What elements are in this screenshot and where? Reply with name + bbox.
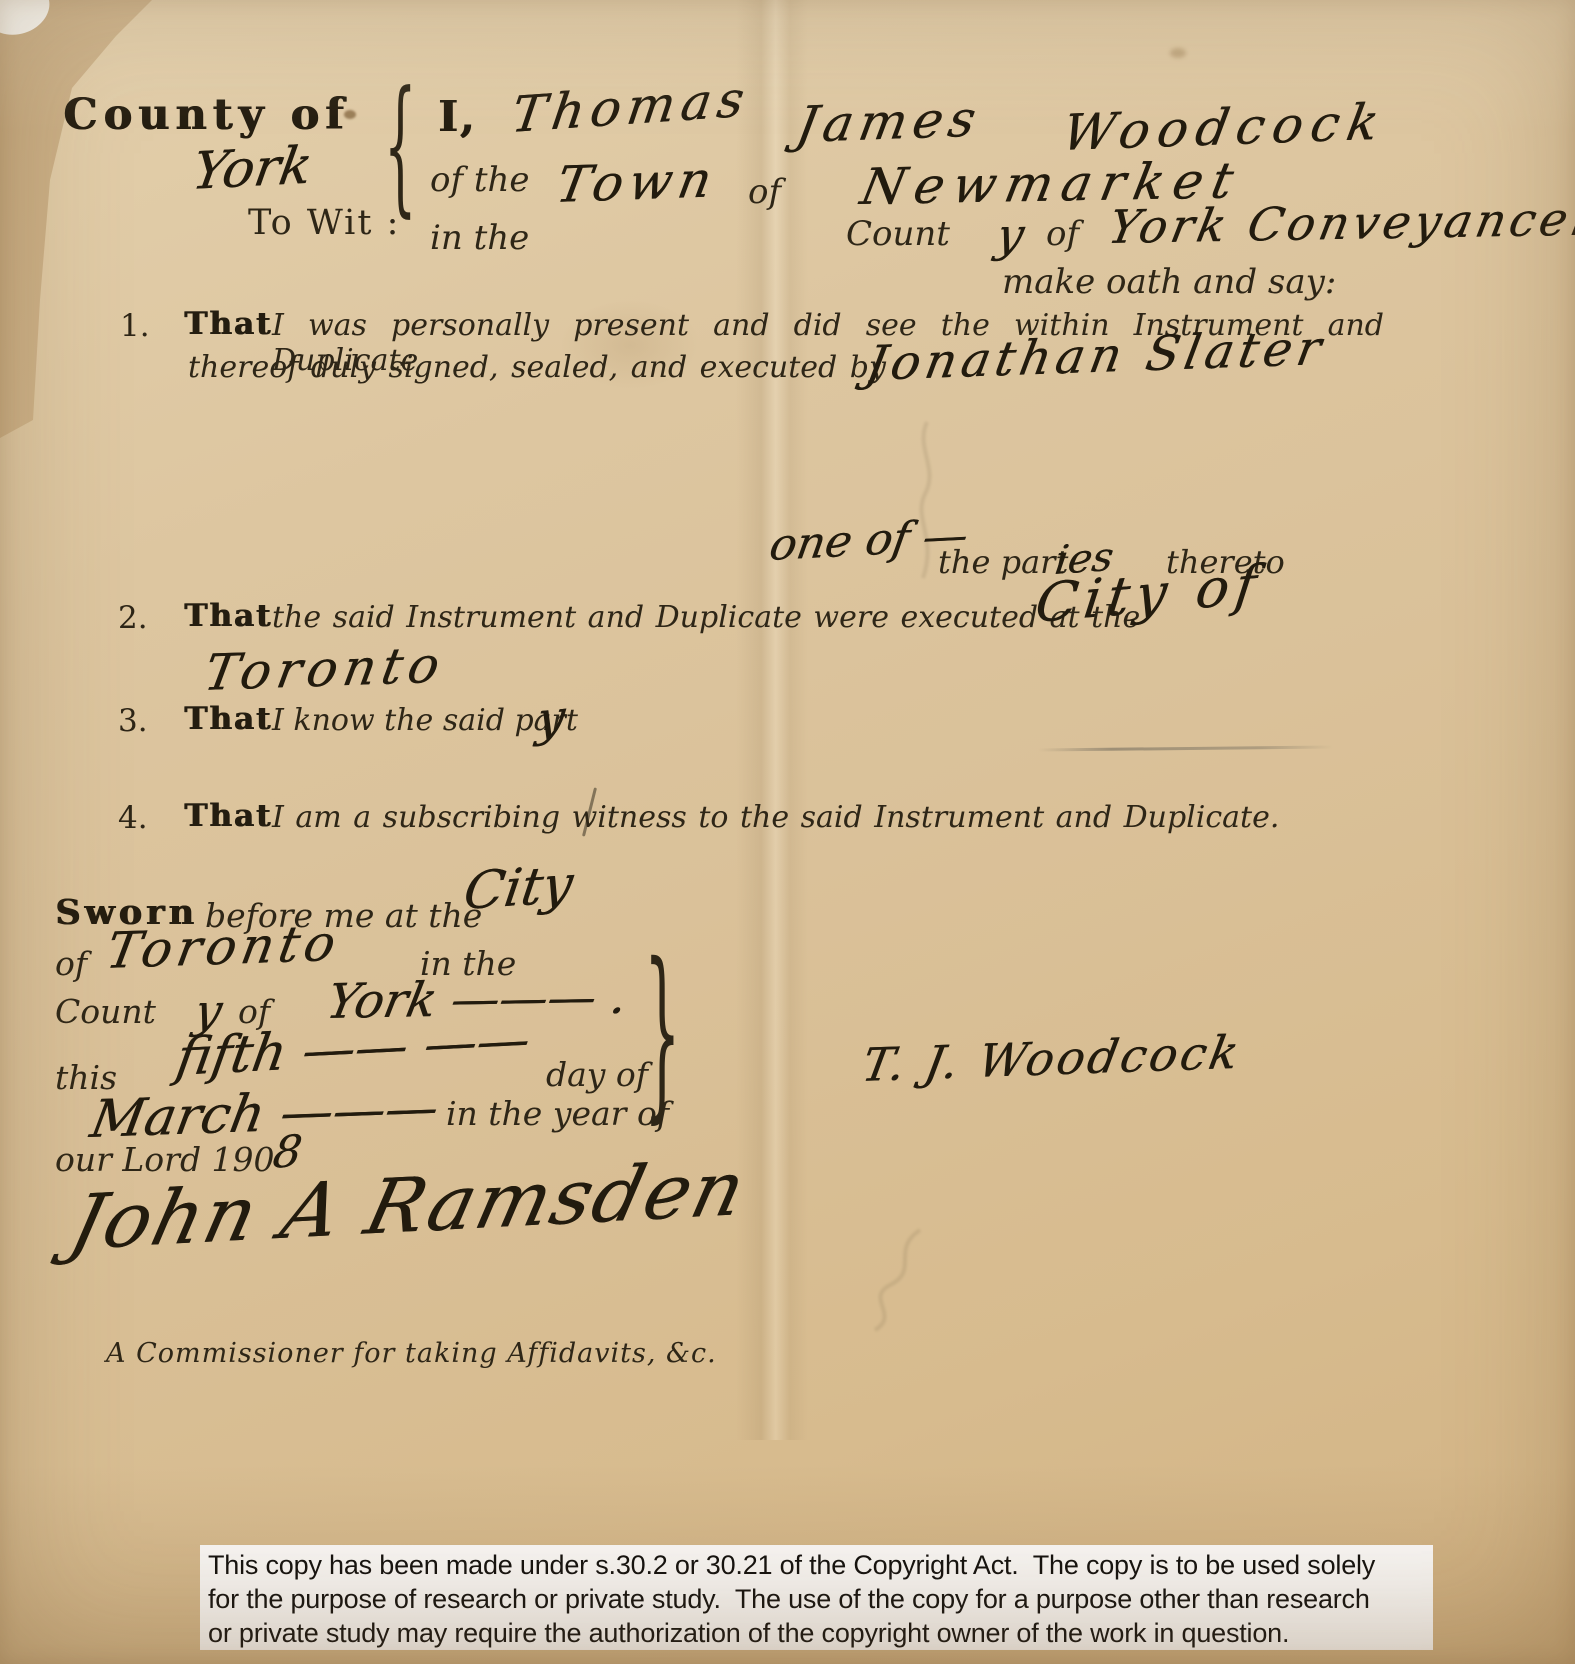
item-4-text-line-1: I am a subscribing witness to the said I…	[272, 800, 1279, 835]
pencil-mark	[1038, 745, 1333, 751]
county-printed-label: Count	[846, 214, 950, 254]
center-fold-crease	[736, 0, 808, 1440]
item-2-text-line-1: the said Instrument and Duplicate were e…	[272, 600, 1140, 635]
in-the-label: in the	[430, 218, 529, 258]
sworn-place-type-handwritten: City	[460, 855, 577, 922]
item-1-that: That	[184, 306, 272, 342]
item-3-that: That	[184, 701, 272, 737]
of-the-label: of the	[430, 160, 530, 200]
item-4-that: That	[184, 798, 272, 834]
of-label-2: of	[1046, 214, 1079, 254]
bleed-through-mark	[850, 1225, 940, 1335]
deponent-first-name: Thomas	[508, 70, 754, 144]
item-4-number: 4.	[118, 800, 148, 836]
to-wit-label: To Wit :	[248, 203, 400, 243]
item-1-number: 1.	[120, 308, 150, 344]
day-of-label: day of	[546, 1055, 648, 1094]
torn-corner-dark	[0, 0, 160, 440]
item-3-number: 3.	[118, 703, 148, 739]
item-2-that: That	[184, 598, 272, 634]
item-2-place2-handwritten: Toronto	[200, 636, 450, 702]
copyright-notice-box: This copy has been made under s.30.2 or …	[200, 1545, 1433, 1650]
oath-phrase: make oath and say:	[1002, 262, 1336, 302]
item-2-number: 2.	[118, 600, 148, 636]
sworn-county-printed: Count	[55, 992, 156, 1031]
county-value-handwritten: York	[188, 136, 316, 202]
year-phrase-label: in the year of	[446, 1094, 669, 1133]
affidavit-scan-page: County of York To Wit : { I, of the in t…	[0, 0, 1575, 1664]
day-value-handwritten: fifth —— ——	[172, 1010, 534, 1088]
item-3-part-suffix-handwritten: y	[534, 689, 568, 748]
item-1-text-line-2: thereof duly signed, sealed, and execute…	[188, 350, 886, 385]
left-brace: {	[384, 74, 417, 221]
of-label: of	[748, 172, 781, 212]
commissioner-title: A Commissioner for taking Affidavits, &c…	[106, 1338, 717, 1369]
stain-spot	[1170, 48, 1186, 58]
deponent-signature: T. J. Woodcock	[858, 1025, 1246, 1092]
county-of-label: County of	[63, 90, 349, 140]
i-label: I,	[438, 92, 476, 141]
sworn-of-label: of	[55, 944, 87, 983]
torn-corner-white	[0, 0, 56, 43]
deponent-middle-name: James	[792, 90, 986, 154]
residence-type-handwritten: Town	[552, 151, 722, 214]
item-3-text-line-1: I know the said part	[272, 703, 578, 738]
county-occupation-handwritten: York Conveyancer	[1104, 192, 1575, 254]
county-suffix-handwritten: y	[992, 208, 1029, 262]
sworn-place-name-handwritten: Toronto	[102, 914, 345, 980]
